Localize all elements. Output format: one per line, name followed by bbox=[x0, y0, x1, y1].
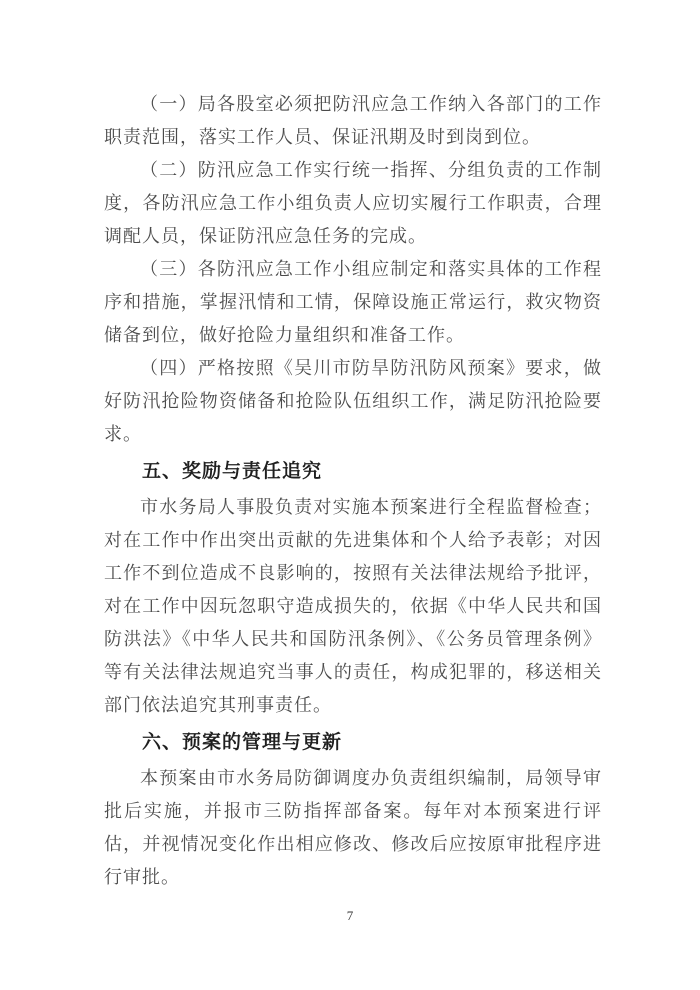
section-heading-plan-management-update: 六、预案的管理与更新 bbox=[104, 726, 602, 759]
body-paragraph: 市水务局人事股负责对实施本预案进行全程监督检查；对在工作中作出突出贡献的先进集体… bbox=[104, 491, 602, 722]
body-paragraph: （二）防汛应急工作实行统一指挥、分组负责的工作制度，各防汛应急工作小组负责人应切… bbox=[104, 154, 602, 253]
body-paragraph: （三）各防汛应急工作小组应制定和落实具体的工作程序和措施，掌握汛情和工情，保障设… bbox=[104, 253, 602, 352]
body-paragraph: 本预案由市水务局防御调度办负责组织编制，局领导审批后实施，并报市三防指挥部备案。… bbox=[104, 762, 602, 894]
section-heading-rewards-accountability: 五、奖励与责任追究 bbox=[104, 455, 602, 488]
document-page: （一）局各股室必须把防汛应急工作纳入各部门的工作职责范围，落实工作人员、保证汛期… bbox=[0, 0, 700, 990]
body-paragraph: （一）局各股室必须把防汛应急工作纳入各部门的工作职责范围，落实工作人员、保证汛期… bbox=[104, 88, 602, 154]
document-body: （一）局各股室必须把防汛应急工作纳入各部门的工作职责范围，落实工作人员、保证汛期… bbox=[104, 88, 602, 894]
body-paragraph: （四）严格按照《吴川市防旱防汛防风预案》要求，做好防汛抢险物资储备和抢险队伍组织… bbox=[104, 352, 602, 451]
page-number: 7 bbox=[0, 908, 700, 924]
